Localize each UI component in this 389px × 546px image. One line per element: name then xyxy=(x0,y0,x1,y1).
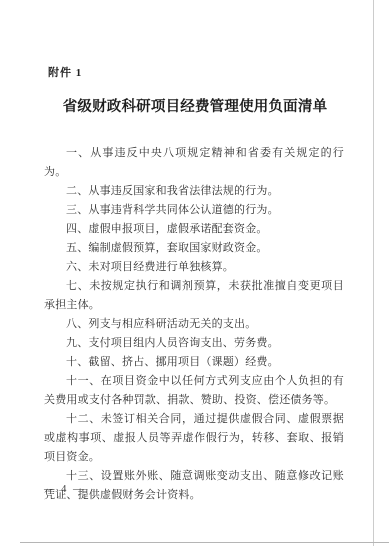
attachment-label: 附件 1 xyxy=(48,64,82,80)
list-item: 十三、设置账外账、随意调账变动支出、随意修改记账凭证、提供虚假财务会计资料。 xyxy=(44,467,344,505)
list-item: 十一、在项目资金中以任何方式列支应由个人负担的有关费用或支付各种罚款、捐款、赞助… xyxy=(44,372,344,410)
list-item: 三、从事违背科学共同体公认道德的行为。 xyxy=(44,201,344,220)
page-number: — 4 — xyxy=(44,484,86,495)
list-item: 九、支付项目组内人员咨询支出、劳务费。 xyxy=(44,334,344,353)
document-title: 省级财政科研项目经费管理使用负面清单 xyxy=(45,95,345,116)
scan-edge-bottom xyxy=(20,542,389,543)
list-item: 八、列支与相应科研活动无关的支出。 xyxy=(44,315,344,334)
list-item: 四、虚假申报项目，虚假承诺配套资金。 xyxy=(44,220,344,239)
list-item: 十二、未签订相关合同，通过提供虚假合同、虚假票据或虚构事项、虚报人员等弄虚作假行… xyxy=(44,410,344,467)
list-item: 一、从事违反中央八项规定精神和省委有关规定的行为。 xyxy=(44,144,344,182)
negative-list: 一、从事违反中央八项规定精神和省委有关规定的行为。 二、从事违反国家和我省法律法… xyxy=(44,144,344,505)
list-item: 七、未按规定执行和调剂预算，未获批准擅自变更项目承担主体。 xyxy=(44,277,344,315)
list-item: 十、截留、挤占、挪用项目（课题）经费。 xyxy=(44,353,344,372)
scan-edge-right xyxy=(373,0,374,546)
document-page: 附件 1 省级财政科研项目经费管理使用负面清单 一、从事违反中央八项规定精神和省… xyxy=(0,0,389,546)
list-item: 五、编制虚假预算，套取国家财政资金。 xyxy=(44,239,344,258)
list-item: 二、从事违反国家和我省法律法规的行为。 xyxy=(44,182,344,201)
list-item: 六、未对项目经费进行单独核算。 xyxy=(44,258,344,277)
